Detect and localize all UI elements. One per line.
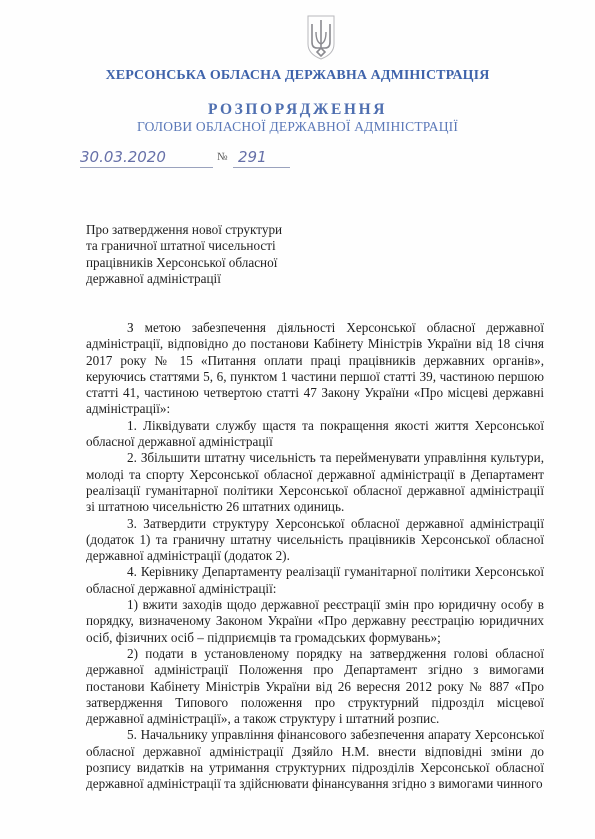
number-sign: № bbox=[217, 151, 228, 163]
document-page: ХЕРСОНСЬКА ОБЛАСНА ДЕРЖАВНА АДМІНІСТРАЦІ… bbox=[0, 0, 595, 839]
title-line: та граничної штатної чисельності bbox=[86, 238, 282, 254]
paragraph-4-2: 2) подати в установленому порядку на зат… bbox=[86, 646, 544, 727]
paragraph-5: 5. Начальнику управління фінансового заб… bbox=[86, 727, 544, 792]
organization-name: ХЕРСОНСЬКА ОБЛАСНА ДЕРЖАВНА АДМІНІСТРАЦІ… bbox=[0, 68, 595, 84]
document-type: РОЗПОРЯДЖЕННЯ bbox=[0, 101, 595, 119]
trident-coat-of-arms-icon bbox=[306, 14, 336, 60]
date-underline bbox=[80, 167, 213, 168]
handwritten-number: 291 bbox=[238, 148, 267, 166]
paragraph-1: 1. Ліквідувати службу щастя та покращенн… bbox=[86, 418, 544, 451]
title-line: працівників Херсонської обласної bbox=[86, 255, 282, 271]
number-underline bbox=[233, 167, 290, 168]
paragraph-4: 4. Керівнику Департаменту реалізації гум… bbox=[86, 564, 544, 597]
paragraph-2: 2. Збільшити штатну чисельність та перей… bbox=[86, 450, 544, 515]
preamble-paragraph: З метою забезпечення діяльності Херсонсь… bbox=[86, 320, 544, 418]
title-line: державної адміністрації bbox=[86, 271, 282, 287]
paragraph-4-1: 1) вжити заходів щодо державної реєстрац… bbox=[86, 597, 544, 646]
title-line: Про затвердження нової структури bbox=[86, 222, 282, 238]
paragraph-3: 3. Затвердити структуру Херсонської обла… bbox=[86, 516, 544, 565]
document-title: Про затвердження нової структури та гран… bbox=[86, 222, 282, 287]
document-body: З метою забезпечення діяльності Херсонсь… bbox=[86, 320, 544, 793]
document-subtitle: ГОЛОВИ ОБЛАСНОЇ ДЕРЖАВНОЇ АДМІНІСТРАЦІЇ bbox=[0, 119, 595, 135]
handwritten-date: 30.03.2020 bbox=[80, 148, 166, 166]
